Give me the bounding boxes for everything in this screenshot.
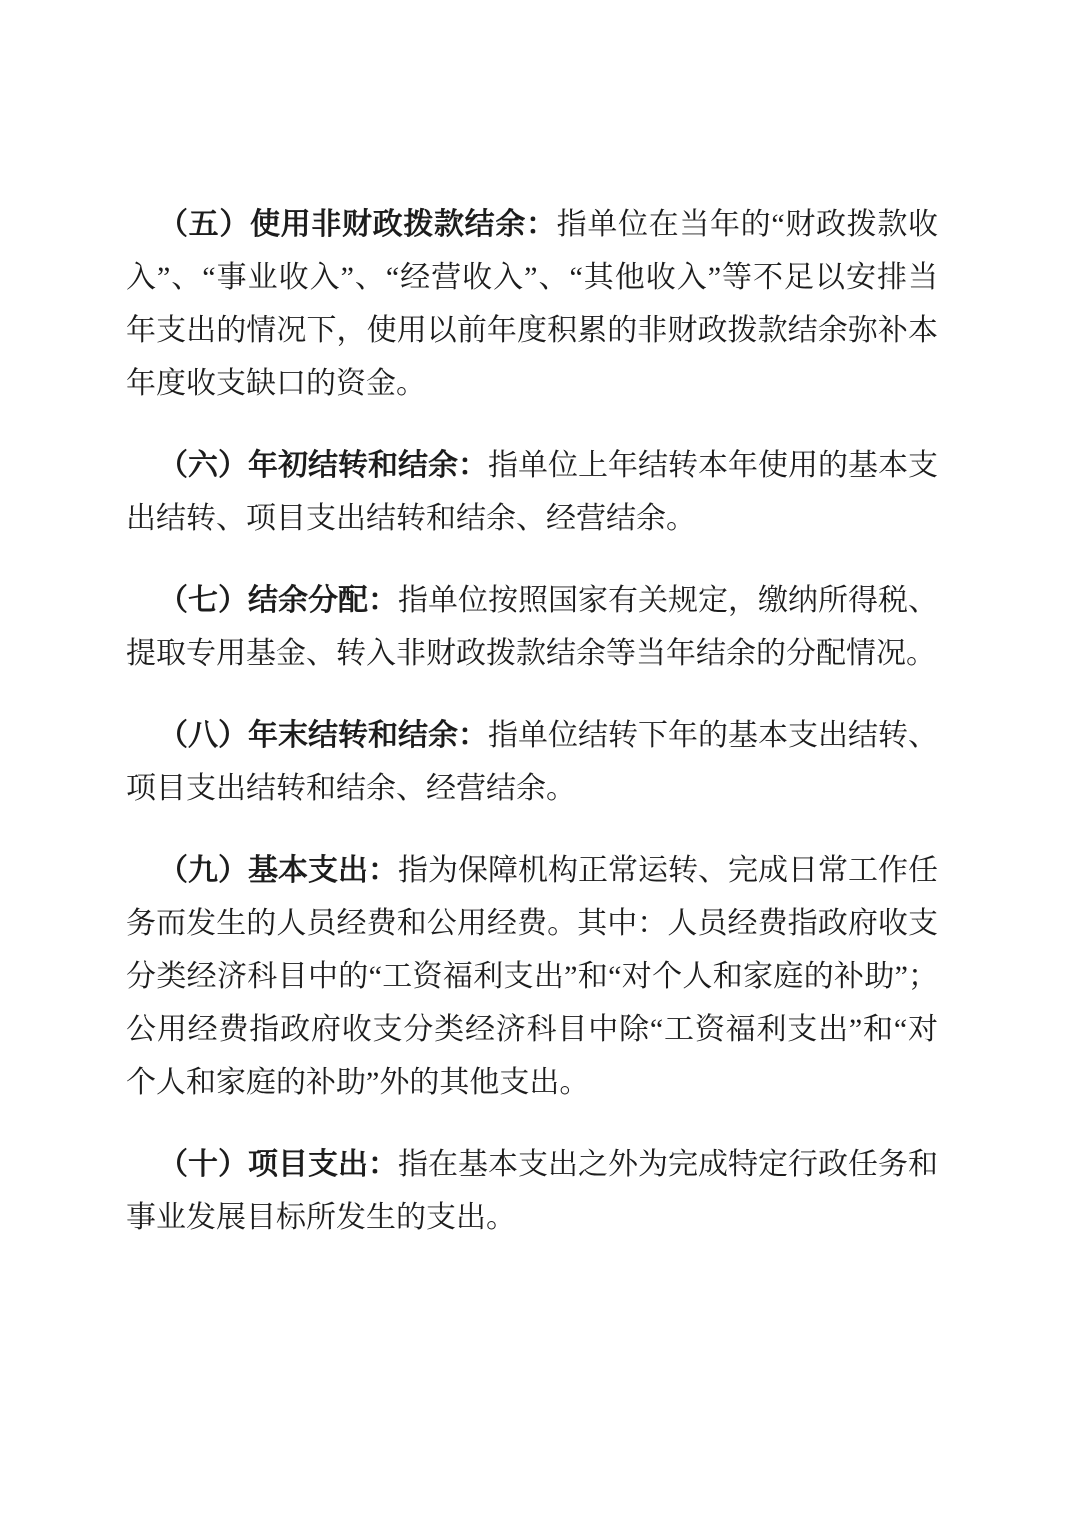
term-heading-6: （六）年初结转和结余： [158,449,488,482]
term-definition-9: 指为保障机构正常运转、完成日常工作任务而发生的人员经费和公用经费。其中：人员经费… [126,854,938,1099]
term-heading-5: （五）使用非财政拨款结余： [158,208,557,241]
document-content: （五）使用非财政拨款结余：指单位在当年的“财政拨款收入”、“事业收入”、“经营收… [0,0,938,1244]
term-heading-7: （七）结余分配： [158,584,398,617]
definition-paragraph-8: （八）年末结转和结余：指单位结转下年的基本支出结转、项目支出结转和结余、经营结余… [126,709,938,815]
definition-paragraph-5: （五）使用非财政拨款结余：指单位在当年的“财政拨款收入”、“事业收入”、“经营收… [126,198,938,410]
term-heading-8: （八）年末结转和结余： [158,719,488,752]
definition-paragraph-9: （九）基本支出：指为保障机构正常运转、完成日常工作任务而发生的人员经费和公用经费… [126,844,938,1109]
term-heading-9: （九）基本支出： [158,854,398,887]
definition-paragraph-7: （七）结余分配：指单位按照国家有关规定，缴纳所得税、提取专用基金、转入非财政拨款… [126,574,938,680]
definition-paragraph-6: （六）年初结转和结余：指单位上年结转本年使用的基本支出结转、项目支出结转和结余、… [126,439,938,545]
definition-paragraph-10: （十）项目支出：指在基本支出之外为完成特定行政任务和事业发展目标所发生的支出。 [126,1138,938,1244]
term-heading-10: （十）项目支出： [158,1148,398,1181]
document-page: （五）使用非财政拨款结余：指单位在当年的“财政拨款收入”、“事业收入”、“经营收… [0,0,1075,1521]
